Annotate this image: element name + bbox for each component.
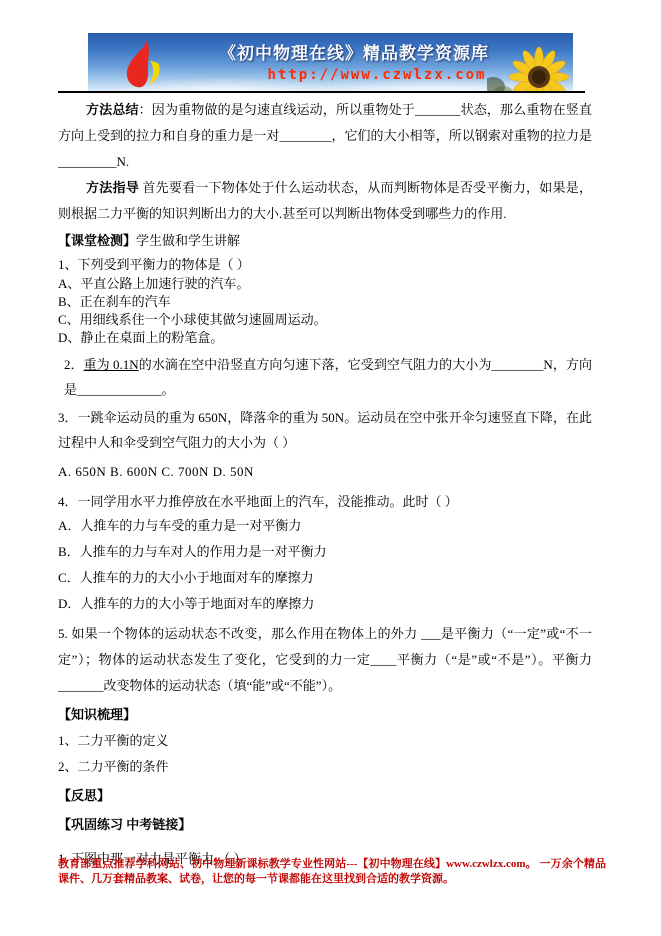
question-4-option-c: C．人推车的力的大小小于地面对车的摩擦力	[58, 565, 592, 590]
header-divider	[58, 91, 585, 93]
question-2-underlined-value: 重为 0.1N	[84, 357, 139, 372]
worksheet-page: 《初中物理在线》精品教学资源库 http://www.czwlzx.com	[0, 0, 661, 936]
question-1-option-d: D、静止在桌面上的粉笔盒。	[58, 329, 592, 347]
knowledge-label: 【知识梳理】	[58, 707, 136, 722]
question-4-stem: 4．一同学用水平力推停放在水平地面上的汽车，没能推动。此时（ ）	[58, 492, 592, 512]
site-title: 《初中物理在线》精品教学资源库	[184, 39, 524, 64]
knowledge-item-1: 1、二力平衡的定义	[58, 731, 592, 751]
footer-promo: 教育部重点推荐学科网站、初中物理新课标教学专业性网站---【初中物理在线】www…	[58, 857, 606, 887]
physics-online-logo-icon	[118, 39, 166, 89]
heading-practice: 【巩固练习 中考链接】	[58, 815, 592, 835]
question-4-option-a: A．人推车的力与车受的重力是一对平衡力	[58, 513, 592, 538]
question-3-options: A. 650N B. 600N C. 700N D. 50N	[58, 462, 592, 482]
site-url: http://www.czwlzx.com	[230, 67, 524, 83]
question-4-option-d: D．人推车的力的大小等于地面对车的摩擦力	[58, 591, 592, 616]
method-summary-label: 方法总结	[86, 102, 139, 117]
class-check-label: 【课堂检测】	[58, 233, 136, 248]
question-4-option-b: B．人推车的力与车对人的作用力是一对平衡力	[58, 539, 592, 564]
document-body: 方法总结：因为重物做的是匀速直线运动，所以重物处于_______状态，那么重物在…	[58, 95, 592, 869]
question-5: 5. 如果一个物体的运动状态不改变，那么作用在物体上的外力 ___是平衡力（“一…	[58, 621, 592, 699]
question-1-option-b: B、正在刹车的汽车	[58, 293, 592, 311]
question-2-text: 的水滴在空中沿竖直方向匀速下落，它受到空气阻力的大小为________N，方向是…	[64, 357, 592, 397]
paragraph-method-summary: 方法总结：因为重物做的是匀速直线运动，所以重物处于_______状态，那么重物在…	[58, 97, 592, 175]
knowledge-item-2: 2、二力平衡的条件	[58, 757, 592, 777]
practice-label: 【巩固练习 中考链接】	[58, 817, 191, 832]
heading-knowledge: 【知识梳理】	[58, 705, 592, 725]
question-1-stem: 1、下列受到平衡力的物体是（ ）	[58, 255, 592, 275]
question-1-option-a: A、平直公路上加速行驶的汽车。	[58, 275, 592, 293]
reflect-label: 【反思】	[58, 788, 110, 803]
question-3-stem: 3．一跳伞运动员的重为 650N，降落伞的重为 50N。运动员在空中张开伞匀速竖…	[58, 405, 592, 455]
sunflower-icon	[487, 41, 571, 91]
banner-text-block: 《初中物理在线》精品教学资源库 http://www.czwlzx.com	[184, 39, 524, 83]
method-summary-text: ：因为重物做的是匀速直线运动，所以重物处于_______状态，那么重物在竖直方向…	[58, 102, 592, 169]
paragraph-method-guide: 方法指导 首先要看一下物体处于什么运动状态，从而判断物体是否受平衡力，如果是，则…	[58, 175, 592, 227]
class-check-text: 学生做和学生讲解	[136, 233, 240, 248]
site-banner: 《初中物理在线》精品教学资源库 http://www.czwlzx.com	[88, 33, 573, 91]
question-2-number: 2．	[64, 357, 84, 372]
method-guide-text: 首先要看一下物体处于什么运动状态，从而判断物体是否受平衡力，如果是，则根据二力平…	[58, 180, 592, 221]
question-2: 2．重为 0.1N的水滴在空中沿竖直方向匀速下落，它受到空气阻力的大小为____…	[58, 352, 592, 402]
heading-reflect: 【反思】	[58, 786, 592, 806]
heading-class-check: 【课堂检测】学生做和学生讲解	[58, 231, 592, 251]
method-guide-label: 方法指导	[86, 180, 139, 195]
question-1-option-c: C、用细线系住一个小球使其做匀速圆周运动。	[58, 311, 592, 329]
